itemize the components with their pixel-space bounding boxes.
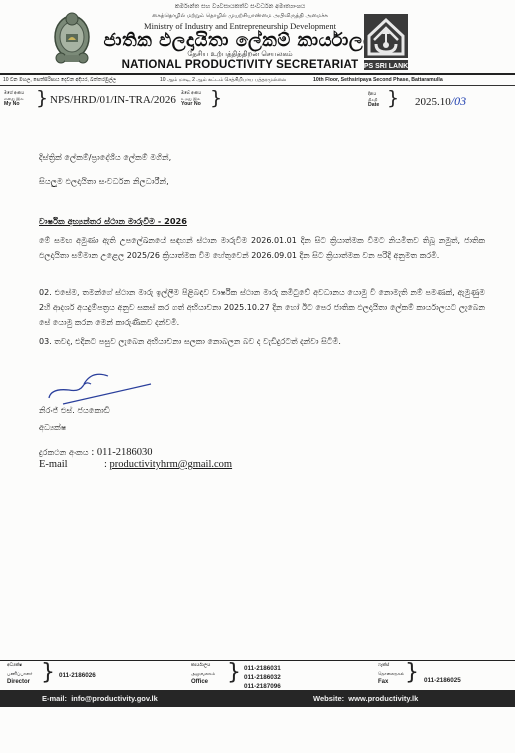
brace: } xyxy=(41,662,55,684)
office-name-tamil: தேசிய உற்பத்தித்திறன் செயலகம் xyxy=(100,50,380,59)
fax-phone: 011-2186025 xyxy=(424,676,461,685)
footer-website-link[interactable]: www.productivity.lk xyxy=(348,694,418,703)
address-sinhala: 10 වන මහල, සෙත්සිරිපාය දෙවන අදියර, බත්තර… xyxy=(3,77,116,83)
my-no-value: NPS/HRD/01/IN-TRA/2026 xyxy=(50,94,176,106)
my-no-label: මගේ අංකය எனது இல My No xyxy=(4,90,24,108)
office-phones: 011-2186031 011-2186032 011-2187096 xyxy=(244,664,281,691)
address-tamil: 10 ஆம் மாடி, 2 ஆம் கட்டம் செத்சிறிபாய பத… xyxy=(160,77,286,83)
your-no-label: ඔබේ අංකය உமது இல Your No xyxy=(181,90,201,108)
email-label: E-mail xyxy=(39,459,68,470)
office-name-english: NATIONAL PRODUCTIVITY SECRETARIAT xyxy=(100,59,380,71)
signatory-name: නිරංජ් එස්. ජයකොඩි xyxy=(39,405,110,416)
footer-divider xyxy=(0,660,515,661)
nps-logo-icon: NPS SRI LANKA xyxy=(364,14,408,70)
sri-lanka-emblem-icon xyxy=(52,10,92,66)
address-english: 10th Floor, Sethsiripaya Second Phase, B… xyxy=(313,77,443,83)
header-divider xyxy=(0,73,515,75)
brace: } xyxy=(36,89,48,108)
phone-line: දුරකථන අංකය : 011-2186030 xyxy=(39,447,152,458)
footer-website: Website: www.productivity.lk xyxy=(313,694,418,703)
date-value: 2025.10/03 xyxy=(415,94,466,109)
paragraph-1: මේ සමඟ අමුණා ඇති උපලේඛනයේ සඳහන් ස්ථාන මා… xyxy=(39,233,485,263)
recipient-line-2: සියලුම ඵලදායිතා සංවර්ධන නිලධාරීන්, xyxy=(39,176,169,187)
address-divider xyxy=(0,85,515,86)
date-label: දිනය திகதி Date xyxy=(368,91,379,109)
brace: } xyxy=(387,89,399,108)
email-line: : productivityhrm@gmail.com xyxy=(104,459,232,470)
office-label: කාර්යාලය அலுவலகம் Office xyxy=(191,661,215,687)
signatory-title: අධ්‍යක්ෂ xyxy=(39,422,66,433)
signature-icon xyxy=(46,370,156,410)
fax-label: ෆැක්ස් தொலைநகல் Fax xyxy=(378,661,404,687)
footer-email-link[interactable]: info@productivity.gov.lk xyxy=(71,694,158,703)
director-label: අධ්‍යක්ෂ பணிப்பாளர் Director xyxy=(7,661,33,687)
office-name-sinhala: ජාතික ඵලදායිතා ලේකම් කාර්යාලය xyxy=(100,30,380,51)
director-phone: 011-2186026 xyxy=(59,671,96,680)
subject-heading: වාර්ෂික අභ්‍යන්තර ස්ථාන මාරුවීම - 2026 xyxy=(39,216,187,227)
paragraph-2: 02. එසේම, තමන්ගේ ස්ථාන මාරු ඉල්ලීම පිළිබ… xyxy=(39,285,485,330)
recipient-line-1: දිස්ත්‍රික් ලේකම්/ප්‍රාදේශීය ලේකම් මගින්… xyxy=(39,152,171,163)
nps-logo-text: NPS SRI LANKA xyxy=(364,63,408,70)
brace: } xyxy=(210,89,222,108)
ministry-sinhala: කර්මාන්ත සහ ව්‍යවසායකත්ව සංවර්ධන අමාත්‍ය… xyxy=(100,3,380,11)
ministry-tamil: கைத்தொழில் மற்றும் தொழில் முயற்சியாண்மை … xyxy=(100,13,380,20)
footer-email: E-mail: info@productivity.gov.lk xyxy=(42,694,158,703)
email-link[interactable]: productivityhrm@gmail.com xyxy=(110,459,233,470)
brace: } xyxy=(405,662,419,684)
letter-page: කර්මාන්ත සහ ව්‍යවසායකත්ව සංවර්ධන අමාත්‍ය… xyxy=(0,0,515,753)
paragraph-3: 03. තවද, එදිනට පසුව ලැබෙන අභියාචනා සලකා … xyxy=(39,334,485,349)
brace: } xyxy=(227,662,241,684)
phone-value: 011-2186030 xyxy=(97,447,153,458)
